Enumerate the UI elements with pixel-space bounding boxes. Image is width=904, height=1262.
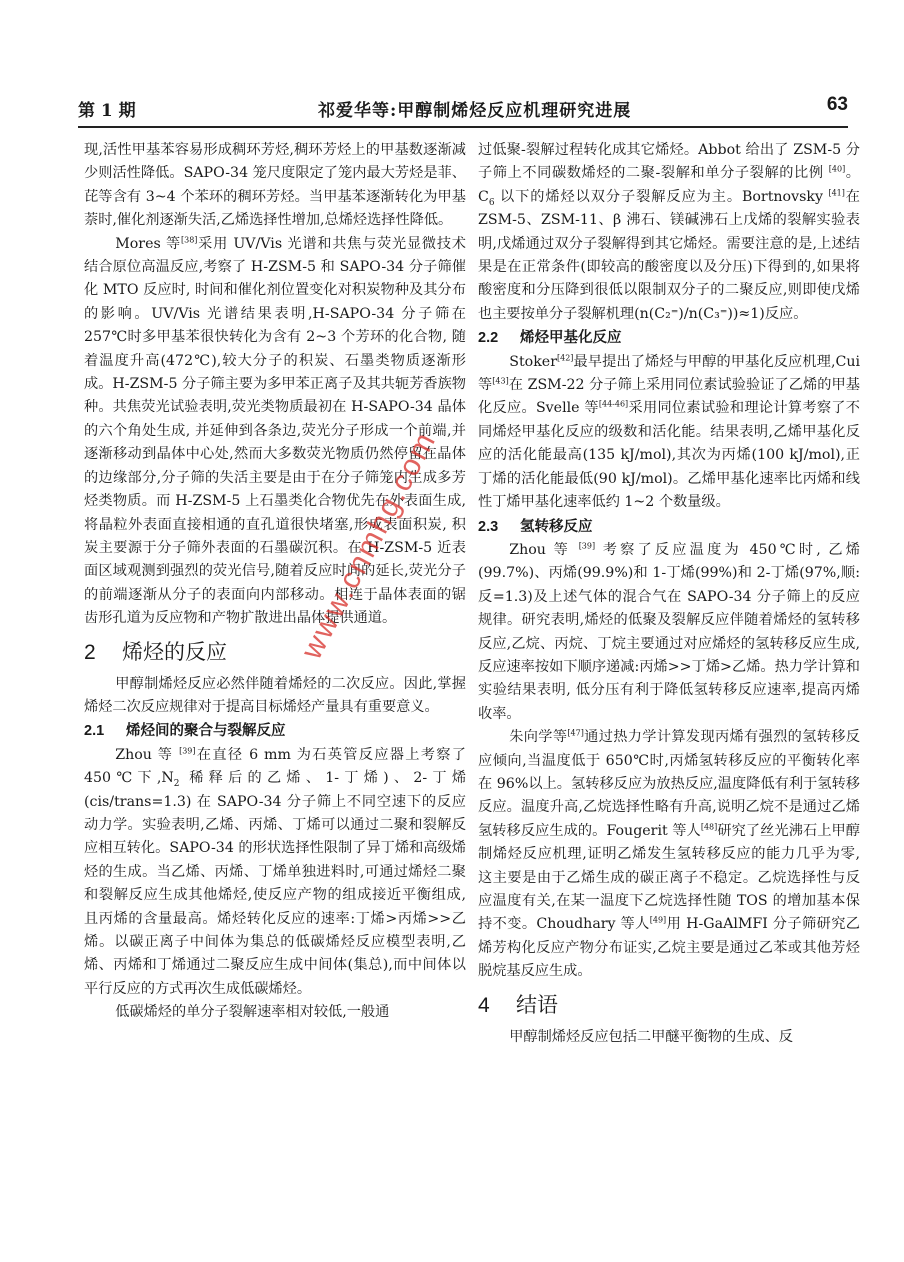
- paragraph: 朱向学等[47]通过热力学计算发现丙烯有强烈的氢转移反应倾向,当温度低于 650…: [478, 726, 860, 983]
- paragraph: 甲醇制烯烃反应必然伴随着烯烃的二次反应。因此,掌握烯烃二次反应规律对于提高目标烯…: [84, 673, 466, 720]
- section-heading: 4结语: [478, 992, 860, 1020]
- paragraph: 过低聚-裂解过程转化成其它烯烃。Abbot 给出了 ZSM-5 分子筛上不同碳数…: [478, 139, 860, 326]
- citation: [49]: [650, 916, 666, 925]
- citation: [48]: [701, 822, 717, 831]
- page-header: 第 1 期 祁爱华等:甲醇制烯烃反应机理研究进展 63: [78, 94, 848, 122]
- citation: [47]: [567, 728, 583, 737]
- paragraph: 低碳烯烃的单分子裂解速率相对较低,一般通: [84, 1001, 466, 1024]
- subsection-heading: 2.2烯烃甲基化反应: [478, 327, 860, 350]
- citation: [40]: [829, 165, 845, 174]
- subsection-heading: 2.3氢转移反应: [478, 516, 860, 539]
- section-heading: 2烯烃的反应: [84, 639, 466, 667]
- citation: [39]: [579, 541, 595, 550]
- paragraph: Zhou 等 [39]在直径 6 mm 为石英管反应器上考察了 450℃下,N2…: [84, 744, 466, 1001]
- citation: [43]: [492, 376, 508, 385]
- subsection-heading: 2.1烯烃间的聚合与裂解反应: [84, 720, 466, 743]
- header-rule: [78, 126, 848, 128]
- citation: [39]: [179, 746, 195, 755]
- citation: [38]: [181, 235, 197, 244]
- page-number: 63: [827, 94, 848, 116]
- left-column: 现,活性甲基苯容易形成稠环芳烃,稠环芳烃上的甲基数逐渐减少则活性降低。SAPO-…: [84, 139, 466, 1025]
- paragraph: 甲醇制烯烃反应包括二甲醚平衡物的生成、反: [478, 1026, 860, 1049]
- paragraph: Zhou 等 [39] 考察了反应温度为 450℃时, 乙烯(99.7%)、丙烯…: [478, 539, 860, 726]
- running-title: 祁爱华等:甲醇制烯烃反应机理研究进展: [318, 96, 631, 121]
- paragraph: Mores 等[38]采用 UV/Vis 光谱和共焦与荧光显微技术结合原位高温反…: [84, 233, 466, 631]
- paragraph: Stoker[42]最早提出了烯烃与甲醇的甲基化反应机理,Cui 等[43]在 …: [478, 351, 860, 515]
- citation: [44-46]: [599, 400, 628, 409]
- paragraph: 现,活性甲基苯容易形成稠环芳烃,稠环芳烃上的甲基数逐渐减少则活性降低。SAPO-…: [84, 139, 466, 233]
- citation: [42]: [557, 353, 573, 362]
- issue-label: 第 1 期: [78, 96, 136, 121]
- right-column: 过低聚-裂解过程转化成其它烯烃。Abbot 给出了 ZSM-5 分子筛上不同碳数…: [478, 139, 860, 1049]
- citation: [41]: [828, 188, 844, 197]
